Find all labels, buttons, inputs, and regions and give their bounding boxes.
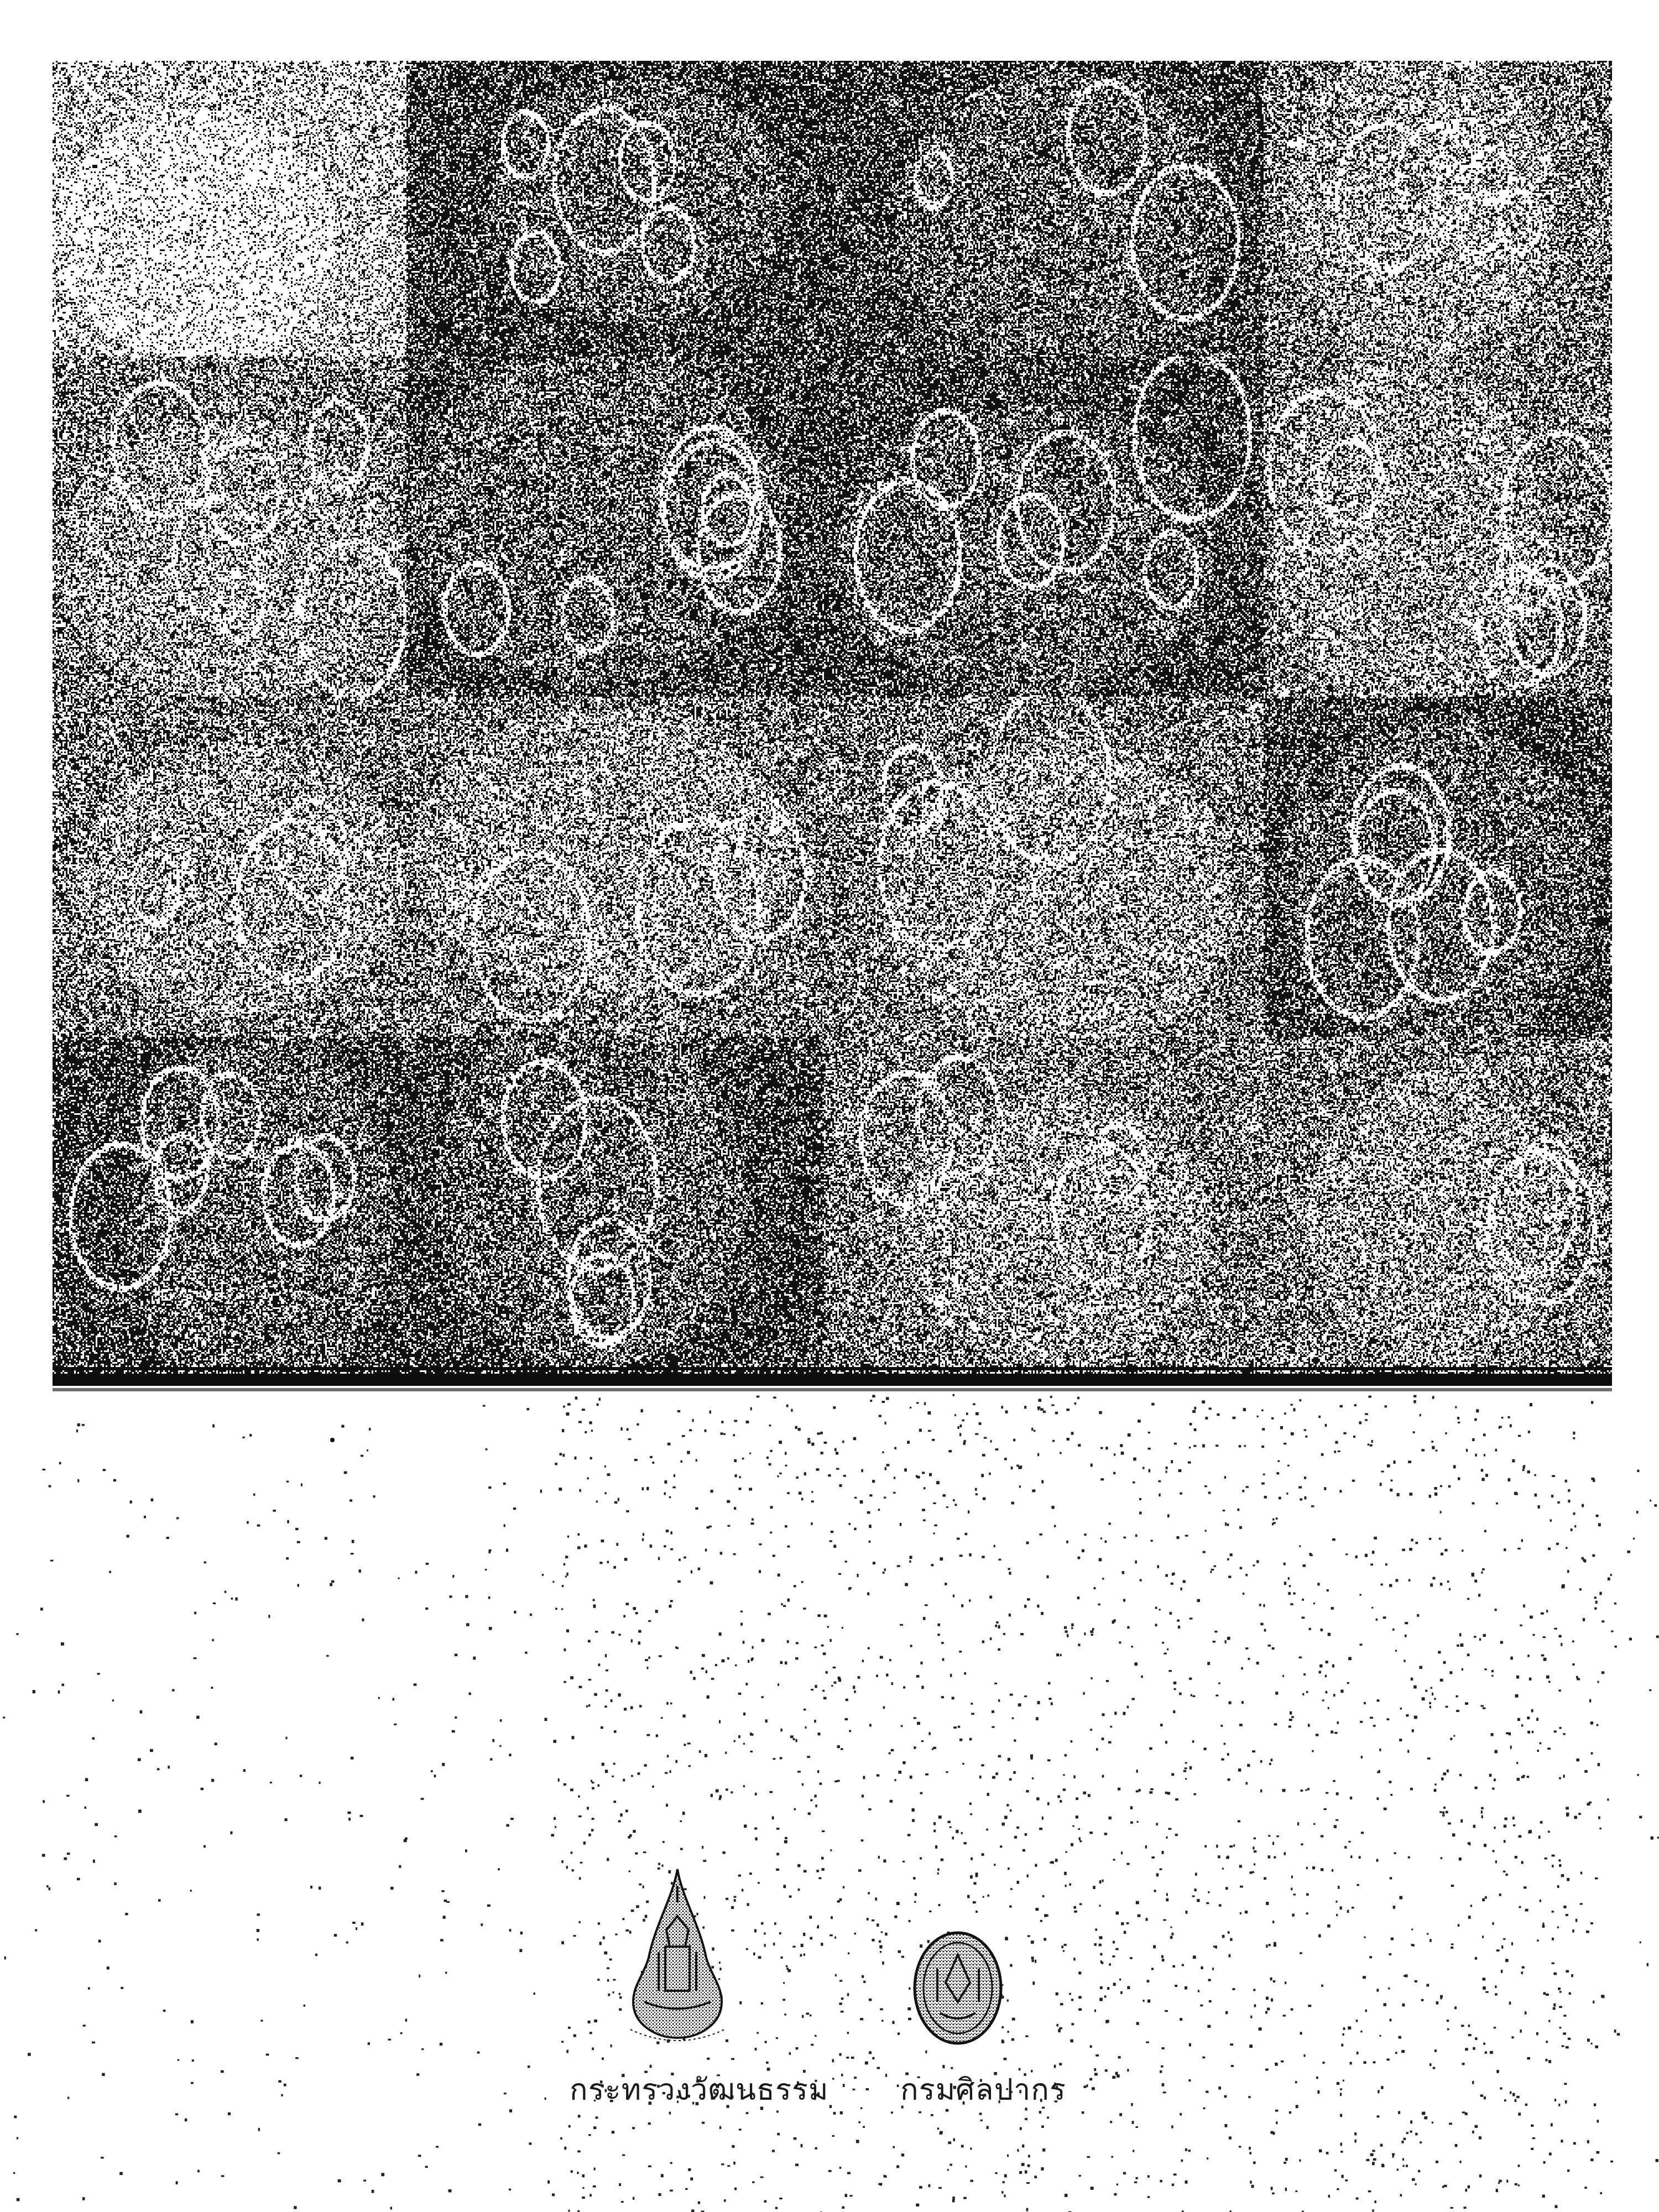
fine-arts-department-caption: กรมศิลปากร bbox=[900, 2065, 1066, 2113]
collage-photo-r3c4 bbox=[1264, 697, 1612, 1037]
ministry-of-culture-caption: กระทรวงวัฒนธรรม bbox=[570, 2065, 829, 2113]
collage-photo-r1c2 bbox=[406, 61, 824, 357]
collage-photo-r3c2 bbox=[406, 697, 824, 1037]
collage-bottom-rule bbox=[53, 1367, 1612, 1370]
photo-collage bbox=[53, 61, 1612, 1377]
scan-artifact-dot bbox=[330, 1438, 335, 1442]
collage-bottom-rule-thick bbox=[53, 1374, 1612, 1386]
collage-photo-r4c2 bbox=[406, 1037, 824, 1377]
collage-photo-r2c4 bbox=[1264, 357, 1612, 697]
collage-photo-r3c1 bbox=[53, 697, 406, 1037]
collage-photo-r4c3 bbox=[824, 1037, 1264, 1377]
ministry-of-culture-emblem-icon bbox=[622, 1864, 733, 2046]
collage-photo-r1c1 bbox=[53, 61, 406, 357]
collage-photo-r1c4 bbox=[1264, 61, 1612, 357]
collage-photo-r1c3 bbox=[824, 61, 1264, 357]
collage-photo-r3c3 bbox=[824, 697, 1264, 1037]
collage-bottom-rule-thin bbox=[53, 1388, 1612, 1391]
scan-speckle-background bbox=[0, 1394, 1659, 2212]
collage-photo-r4c4 bbox=[1264, 1037, 1612, 1377]
collage-photo-r2c3 bbox=[824, 357, 1264, 697]
collage-photo-r2c2 bbox=[406, 357, 824, 697]
collage-photo-r2c1 bbox=[53, 357, 406, 697]
collage-photo-r4c1 bbox=[53, 1037, 406, 1377]
fine-arts-department-seal-icon bbox=[912, 1930, 1004, 2046]
